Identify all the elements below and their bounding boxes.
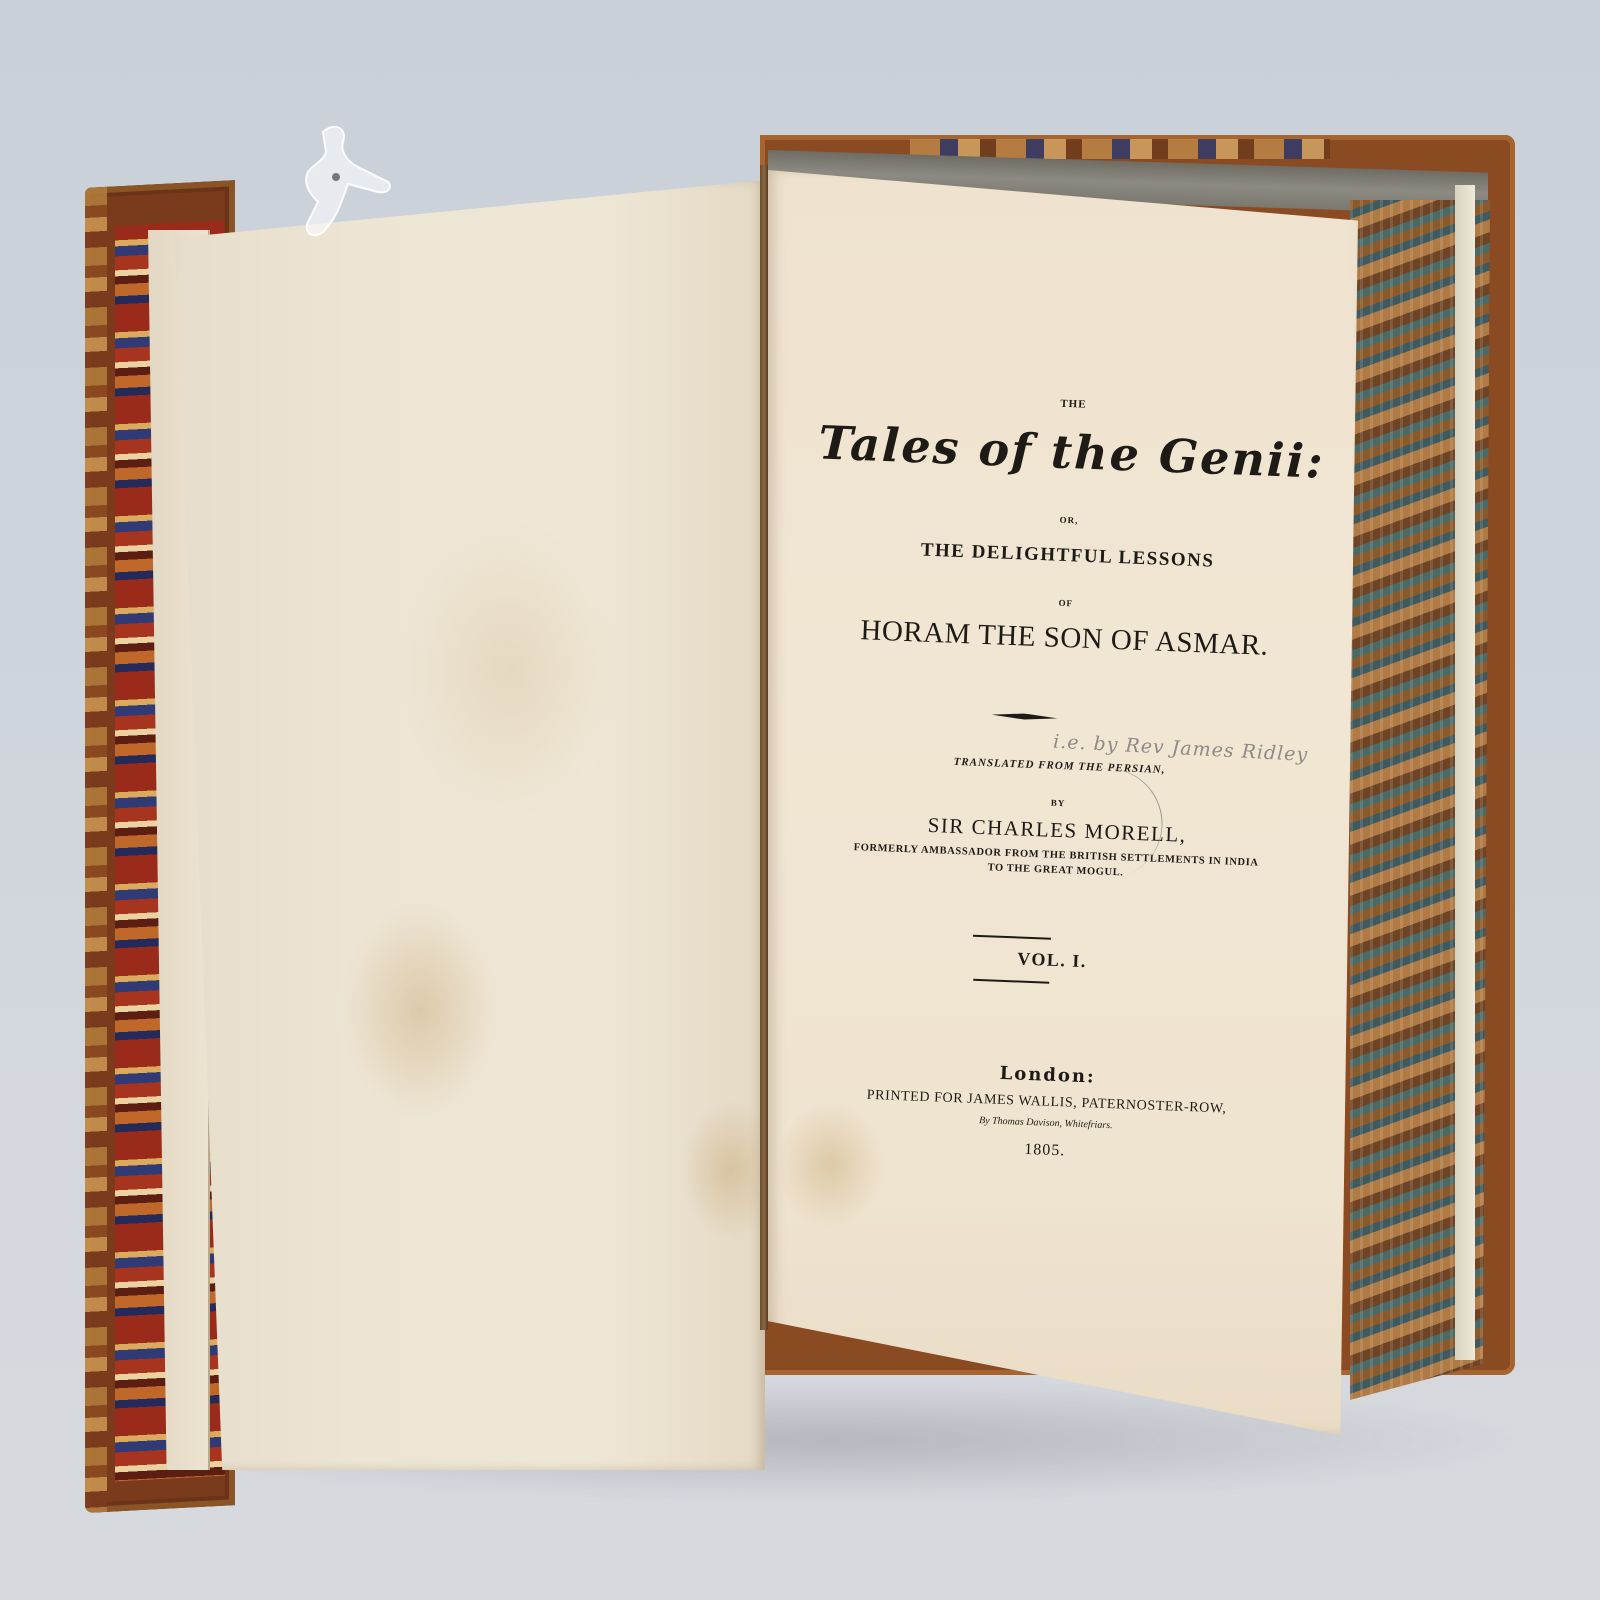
left-endpaper <box>175 180 765 1470</box>
subtitle: THE DELIGHTFUL LESSONS <box>772 534 1362 579</box>
subject-line: HORAM THE SON OF ASMAR. <box>769 611 1360 667</box>
volume-label: VOL. I. <box>757 938 1347 982</box>
title-or: OR, <box>774 504 1364 537</box>
fore-edge-endpaper <box>1455 185 1475 1360</box>
volume-rule-bottom <box>973 979 1049 984</box>
foxing-stain <box>400 520 620 820</box>
page-clip-icon <box>278 122 398 252</box>
ornamental-dash <box>991 712 1057 721</box>
photo-scene: THE Tales of the Genii: OR, THE DELIGHTF… <box>0 0 1600 1600</box>
volume-rule-top <box>973 935 1051 940</box>
title-page: THE Tales of the Genii: OR, THE DELIGHTF… <box>739 159 1377 1446</box>
foxing-stain <box>340 900 500 1120</box>
main-title: Tales of the Genii: <box>776 414 1368 491</box>
leather-edge <box>85 187 107 1513</box>
